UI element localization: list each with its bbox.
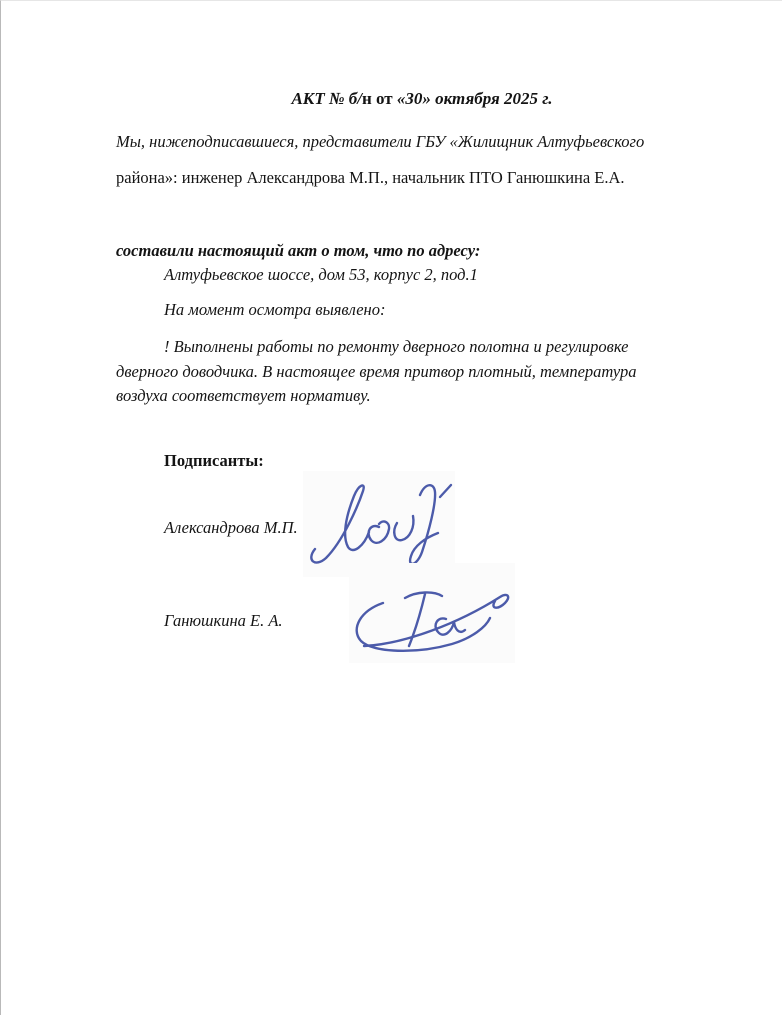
document-title: АКТ № б/н от «30» октября 2025 г. [116,89,728,109]
statement-line: составили настоящий акт о том, что по ад… [116,241,480,261]
title-upright-part: н от [362,89,397,108]
address-line: Алтуфьевское шоссе, дом 53, корпус 2, по… [164,265,478,285]
signer-name-alexandrova: Александрова М.П. [164,518,298,538]
signers-heading: Подписанты: [164,451,264,471]
intro-line-1: Мы, нижеподписавшиеся, представители ГБУ… [116,132,644,152]
findings-paragraph: ! Выполнены работы по ремонту дверного п… [116,335,734,409]
title-date-part: «30» октября 2025 г. [397,89,553,108]
title-number-part: АКТ № б/ [291,89,362,108]
signer-name-ganyushkina: Ганюшкина Е. А. [164,611,283,631]
inspection-intro-line: На момент осмотра выявлено: [164,300,385,320]
document-page: АКТ № б/н от «30» октября 2025 г. Мы, ни… [0,0,782,1015]
intro-line-2: района»: инженер Александрова М.П., нача… [116,168,625,188]
handwritten-signature-ganyushkina-icon [347,561,517,666]
